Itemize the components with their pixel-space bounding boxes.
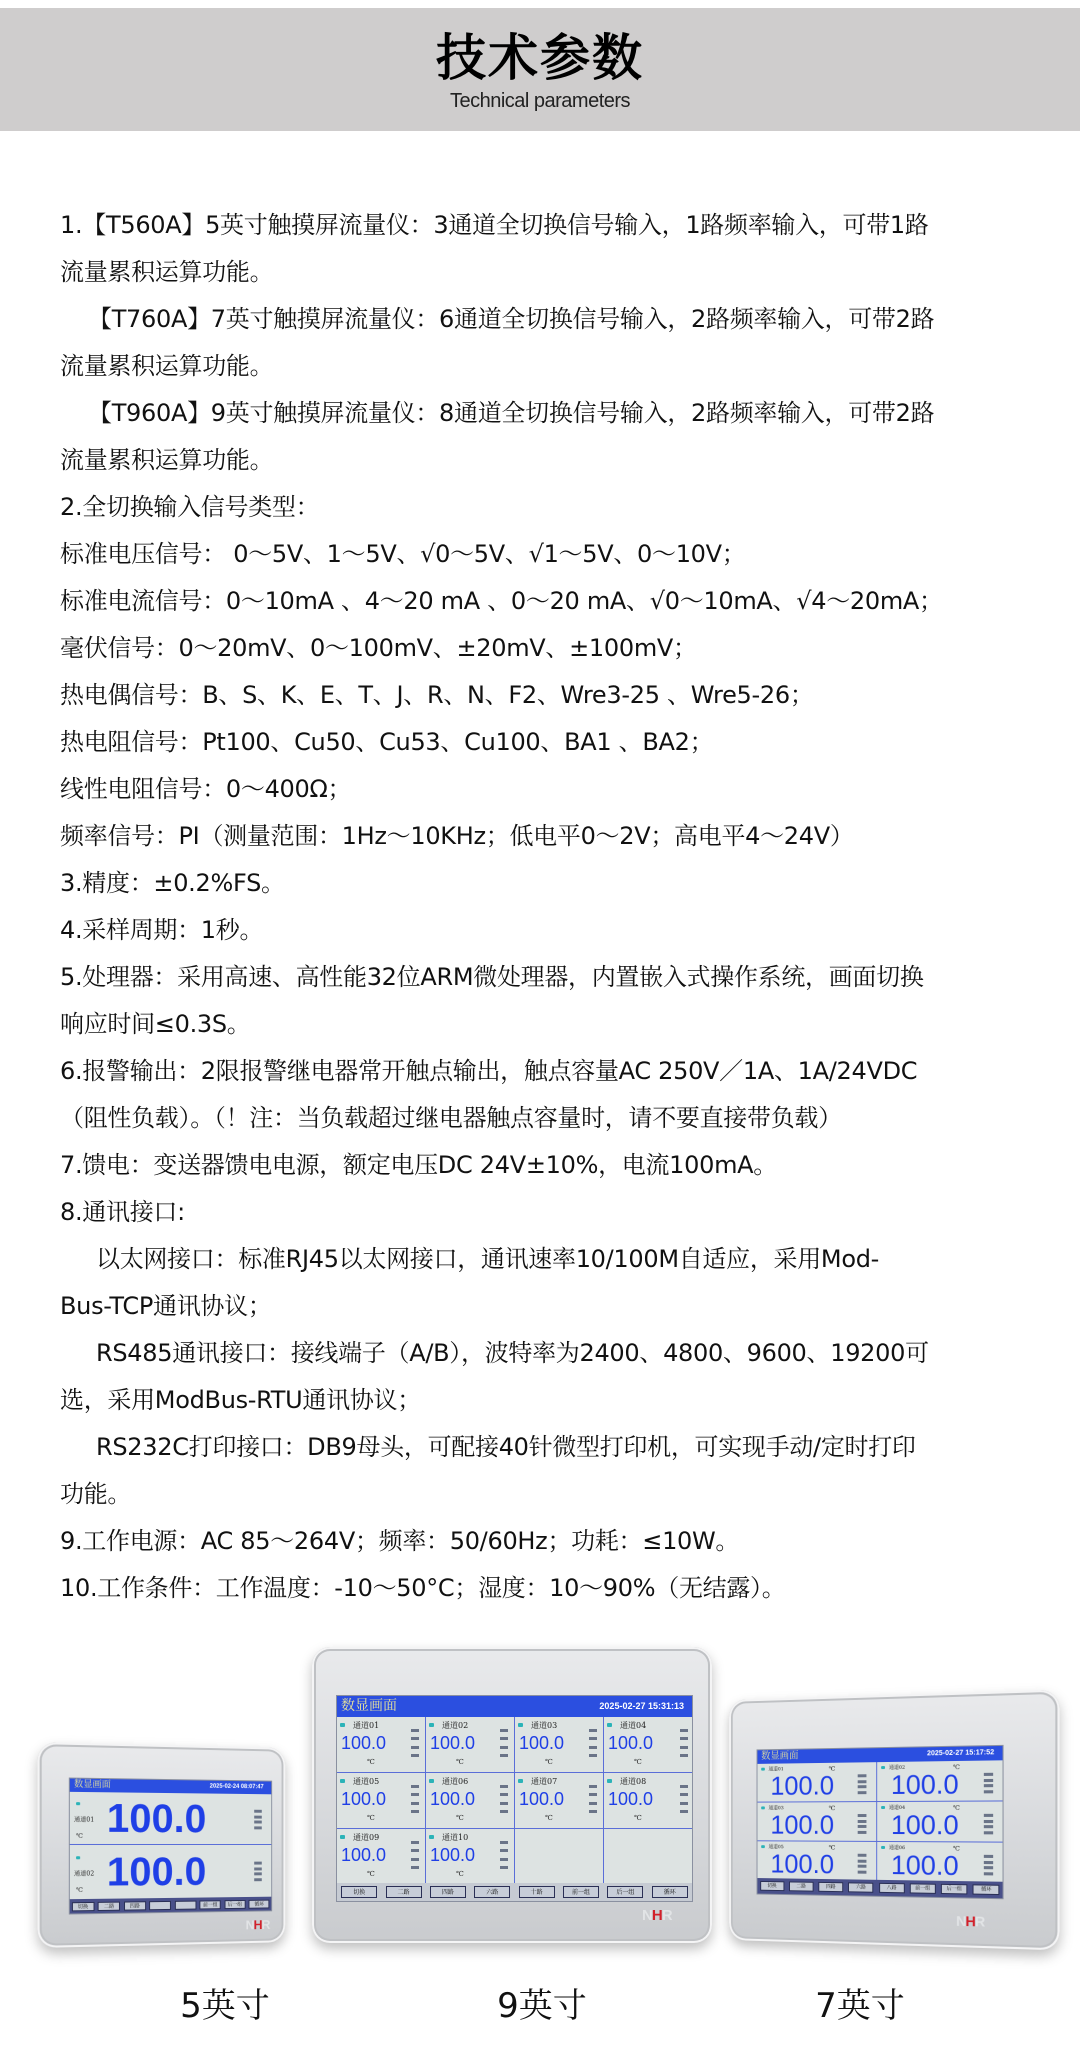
channel-unit: ℃ <box>545 1758 553 1766</box>
bar-indicator-icon <box>254 1862 262 1882</box>
bar-indicator-icon <box>589 1785 597 1813</box>
channel-cell: 通道05 100.0 ℃ <box>337 1773 426 1829</box>
channel-badge <box>429 1835 434 1839</box>
spec-line: 10.工作条件：工作温度：-10～50°C；湿度：10～90%（无结露）。 <box>60 1573 1040 1603</box>
empty-cell <box>604 1829 693 1885</box>
screen-button[interactable]: 循环 <box>652 1886 688 1898</box>
spec-line: 2.全切换输入信号类型： <box>60 492 1040 522</box>
spec-line: 1.【T560A】5英寸触摸屏流量仪：3通道全切换信号输入，1路频率输入，可带1… <box>60 210 1040 240</box>
channel-cell: 通道05 ℃ 100.0 <box>757 1841 877 1882</box>
screen-button[interactable]: 切换 <box>760 1881 784 1891</box>
brand-logo: NHR <box>246 1917 270 1932</box>
screen-button[interactable]: 前一组 <box>200 1900 221 1909</box>
channel-name: 通道09 <box>353 1832 379 1843</box>
channel-unit: ℃ <box>634 1758 642 1766</box>
channel-value: 100.0 <box>341 1845 386 1866</box>
spec-line: 【T760A】7英寸触摸屏流量仪：6通道全切换信号输入，2路频率输入，可带2路 <box>60 304 1040 334</box>
channel-value: 100.0 <box>891 1850 959 1881</box>
screen-button[interactable]: 六路 <box>848 1882 873 1892</box>
spec-line: 频率信号：PI（测量范围：1Hz～10KHz；低电平0～2V；高电平4～24V） <box>60 821 1040 851</box>
channel-value: 100.0 <box>341 1733 386 1754</box>
channel-cell: 通道01 ℃ 100.0 <box>757 1762 877 1802</box>
bar-indicator-icon <box>500 1729 508 1757</box>
channel-name: 通道04 <box>620 1720 646 1731</box>
channel-badge <box>881 1766 885 1769</box>
spec-line: 9.工作电源：AC 85～264V；频率：50/60Hz；功耗：≤10W。 <box>60 1526 1040 1556</box>
channel-cell: 通道04 ℃ 100.0 <box>877 1801 1003 1842</box>
channel-name: 通道03 <box>531 1720 557 1731</box>
spec-line: 4.采样周期：1秒。 <box>60 915 1040 945</box>
spec-line: 热电偶信号：B、S、K、E、T、J、R、N、F2、Wre3-25 、Wre5-2… <box>60 680 1040 710</box>
channel-name: 通道01 <box>353 1720 379 1731</box>
channel-badge <box>607 1723 612 1727</box>
screen-button[interactable]: 前一组 <box>910 1883 936 1894</box>
channel-cell: 通道06 100.0 ℃ <box>426 1773 515 1829</box>
screen-button[interactable]: 二路 <box>386 1886 422 1898</box>
screen-button[interactable]: 四路 <box>430 1886 466 1898</box>
channel-cell: 通道02 ℃ 100.0 <box>877 1760 1003 1802</box>
screen-timestamp: 2025-02-24 08:07:47 <box>210 1781 264 1795</box>
channel-name: 通道07 <box>531 1776 557 1787</box>
screen-button[interactable] <box>149 1900 171 1909</box>
channel-unit: ℃ <box>456 1758 464 1766</box>
channel-badge <box>76 1856 80 1859</box>
screen-button[interactable]: 六路 <box>474 1886 510 1898</box>
channel-cell: 通道01 100.0 ℃ <box>337 1717 426 1773</box>
screen-button[interactable]: 切换 <box>341 1886 377 1898</box>
channel-unit: ℃ <box>545 1814 553 1822</box>
screen-button[interactable] <box>175 1900 197 1909</box>
spec-line: RS485通讯接口：接线端子（A/B），波特率为2400、4800、9600、1… <box>60 1338 1040 1368</box>
channel-unit: ℃ <box>367 1758 375 1766</box>
channel-name: 通道05 <box>353 1776 379 1787</box>
screen-timestamp: 2025-02-27 15:31:13 <box>599 1696 684 1717</box>
channel-value: 100.0 <box>770 1771 834 1801</box>
spec-line: 5.处理器：采用高速、高性能32位ARM微处理器，内置嵌入式操作系统，画面切换 <box>60 962 1040 992</box>
channel-unit: ℃ <box>76 1887 83 1894</box>
spec-line: 8.通讯接口: <box>60 1197 1040 1227</box>
spec-line: 功能。 <box>60 1479 1040 1509</box>
screen-button[interactable]: 十路 <box>519 1886 555 1898</box>
spec-line: 选，采用ModBus-RTU通讯协议； <box>60 1385 1040 1415</box>
channel-cell: 通道03 ℃ 100.0 <box>757 1802 877 1842</box>
channel-badge <box>76 1802 80 1805</box>
channel-badge <box>340 1723 345 1727</box>
bar-indicator-icon <box>858 1814 867 1834</box>
bar-indicator-icon <box>858 1854 867 1874</box>
screen-button[interactable]: 切换 <box>72 1901 95 1910</box>
bar-indicator-icon <box>858 1774 867 1794</box>
spec-line: 线性电阻信号：0～400Ω； <box>60 774 1040 804</box>
channel-badge <box>429 1779 434 1783</box>
device-screen: 数显画面 2025-02-27 15:17:52 通道01 ℃ 100.0 通道… <box>757 1745 1004 1899</box>
channel-value: 100.0 <box>341 1789 386 1810</box>
channel-cell: 通道04 100.0 ℃ <box>604 1717 693 1773</box>
screen-button-row: 切换 二路 四路 六路 八路 前一组 后一组 循环 <box>757 1878 1002 1898</box>
screen-timestamp: 2025-02-27 15:17:52 <box>927 1746 994 1761</box>
caption-7-inch: 7英寸 <box>780 1978 940 2027</box>
channel-name: 通道06 <box>442 1776 468 1787</box>
page-title: 技术参数 <box>0 30 1080 86</box>
screen-button[interactable]: 四路 <box>124 1901 146 1910</box>
spec-line: 6.报警输出：2限报警继电器常开触点输出，触点容量AC 250V／1A、1A/2… <box>60 1056 1040 1086</box>
screen-button-row: 切换 二路 四路 前一组 后一组 循环 <box>70 1897 271 1914</box>
screen-button[interactable]: 后一组 <box>224 1899 245 1908</box>
channel-badge <box>340 1835 345 1839</box>
bar-indicator-icon <box>680 1729 688 1757</box>
channel-name: 通道08 <box>620 1776 646 1787</box>
channel-badge <box>518 1779 523 1783</box>
screen-button[interactable]: 循环 <box>249 1899 270 1908</box>
channel-unit: ℃ <box>456 1870 464 1878</box>
channel-value: 100.0 <box>608 1789 653 1810</box>
bar-indicator-icon <box>500 1785 508 1813</box>
channel-cell: 通道02 ℃ 100.0 <box>70 1846 272 1899</box>
spec-line: 【T960A】9英寸触摸屏流量仪：8通道全切换信号输入，2路频率输入，可带2路 <box>60 398 1040 428</box>
channel-value: 100.0 <box>891 1810 959 1841</box>
header-band: 技术参数 Technical parameters <box>0 8 1080 131</box>
device-screen: 数显画面 2025-02-24 08:07:47 通道01 ℃ 100.0 通道… <box>69 1778 272 1915</box>
channel-value: 100.0 <box>608 1733 653 1754</box>
bar-indicator-icon <box>984 1773 993 1794</box>
channel-name: 通道01 <box>74 1814 94 1823</box>
channel-name: 通道10 <box>442 1832 468 1843</box>
bar-indicator-icon <box>254 1810 262 1830</box>
channel-unit: ℃ <box>456 1814 464 1822</box>
spec-line: 毫伏信号：0～20mV、0～100mV、±20mV、±100mV； <box>60 633 1040 663</box>
channel-unit: ℃ <box>634 1814 642 1822</box>
bar-indicator-icon <box>984 1814 993 1835</box>
channel-unit: ℃ <box>367 1870 375 1878</box>
channel-badge <box>881 1846 885 1849</box>
spec-line: 热电阻信号：Pt100、Cu50、Cu53、Cu100、BA1 、BA2； <box>60 727 1040 757</box>
channel-cell: 通道01 ℃ 100.0 <box>70 1792 272 1845</box>
channel-value: 100.0 <box>430 1845 475 1866</box>
spec-line: Bus-TCP通讯协议； <box>60 1291 1040 1321</box>
bar-indicator-icon <box>411 1785 419 1813</box>
bar-indicator-icon <box>411 1841 419 1869</box>
channel-name: 通道02 <box>442 1720 468 1731</box>
spec-line: 标准电流信号：0～10mA 、4～20 mA 、0～20 mA、√0～10mA、… <box>60 586 1040 616</box>
channel-cell: 通道06 ℃ 100.0 <box>877 1842 1003 1884</box>
spec-line: 响应时间≤0.3S。 <box>60 1009 1040 1039</box>
spec-line: （阻性负载）。（！注：当负载超过继电器触点容量时，请不要直接带负载） <box>60 1103 1040 1133</box>
channel-name: 通道02 <box>74 1868 94 1877</box>
channel-badge <box>607 1779 612 1783</box>
screen-button-row: 切换 二路 四路 六路 十路 前一组 后一组 循环 <box>337 1883 692 1901</box>
channel-value: 100.0 <box>519 1789 564 1810</box>
channel-value: 100.0 <box>107 1852 207 1893</box>
caption-5-inch: 5英寸 <box>145 1978 305 2027</box>
brand-logo: NHR <box>956 1913 984 1930</box>
channel-value: 100.0 <box>430 1733 475 1754</box>
channel-badge <box>340 1779 345 1783</box>
channel-badge <box>761 1768 765 1771</box>
page-subtitle: Technical parameters <box>0 90 1080 113</box>
spec-line: 以太网接口：标准RJ45以太网接口，通讯速率10/100M自适应，采用Mod- <box>60 1244 1040 1274</box>
device-7-inch: 数显画面 2025-02-27 15:17:52 通道01 ℃ 100.0 通道… <box>729 1690 1059 1951</box>
screen-button[interactable]: 后一组 <box>607 1886 643 1898</box>
channel-cell: 通道09 100.0 ℃ <box>337 1829 426 1885</box>
spec-line: 流量累积运算功能。 <box>60 445 1040 475</box>
spec-line: RS232C打印接口：DB9母头，可配接40针微型打印机，可实现手动/定时打印 <box>60 1432 1040 1462</box>
spec-line: 流量累积运算功能。 <box>60 257 1040 287</box>
device-screen: 数显画面 2025-02-27 15:31:13 通道01 100.0 ℃ 通道… <box>336 1695 693 1902</box>
channel-badge <box>429 1723 434 1727</box>
channel-value: 100.0 <box>891 1769 959 1800</box>
caption-9-inch: 9英寸 <box>462 1978 622 2027</box>
screen-button[interactable]: 二路 <box>98 1901 120 1910</box>
screen-button[interactable]: 四路 <box>818 1882 843 1892</box>
channel-unit: ℃ <box>367 1814 375 1822</box>
bar-indicator-icon <box>500 1841 508 1869</box>
empty-cell <box>515 1829 604 1885</box>
channel-value: 100.0 <box>519 1733 564 1754</box>
screen-button[interactable]: 八路 <box>879 1883 905 1893</box>
channel-cell: 通道07 100.0 ℃ <box>515 1773 604 1829</box>
device-5-inch: 数显画面 2025-02-24 08:07:47 通道01 ℃ 100.0 通道… <box>38 1742 286 1948</box>
spec-line: 流量累积运算功能。 <box>60 351 1040 381</box>
device-9-inch: 数显画面 2025-02-27 15:31:13 通道01 100.0 ℃ 通道… <box>312 1647 712 1943</box>
channel-cell: 通道03 100.0 ℃ <box>515 1717 604 1773</box>
spec-line: 3.精度：±0.2%FS。 <box>60 868 1040 898</box>
bar-indicator-icon <box>589 1729 597 1757</box>
spec-line: 标准电压信号： 0～5V、1～5V、√0～5V、√1～5V、0～10V； <box>60 539 1040 569</box>
channel-value: 100.0 <box>430 1789 475 1810</box>
channel-badge <box>518 1723 523 1727</box>
channel-value: 100.0 <box>770 1810 834 1840</box>
channel-badge <box>761 1806 765 1809</box>
channel-cell: 通道08 100.0 ℃ <box>604 1773 693 1829</box>
spec-line: 7.馈电：变送器馈电电源，额定电压DC 24V±10%，电流100mA。 <box>60 1150 1040 1180</box>
screen-button[interactable]: 二路 <box>789 1881 814 1891</box>
bar-indicator-icon <box>680 1785 688 1813</box>
bar-indicator-icon <box>411 1729 419 1757</box>
screen-button[interactable]: 循环 <box>973 1884 1000 1895</box>
channel-value: 100.0 <box>107 1798 207 1839</box>
channel-value: 100.0 <box>770 1849 834 1879</box>
channel-cell: 通道02 100.0 ℃ <box>426 1717 515 1773</box>
screen-button[interactable]: 前一组 <box>563 1886 599 1898</box>
channel-badge <box>761 1845 765 1848</box>
brand-logo: NHR <box>642 1907 672 1924</box>
channel-cell: 通道10 100.0 ℃ <box>426 1829 515 1885</box>
channel-unit: ℃ <box>76 1833 83 1840</box>
screen-button[interactable]: 后一组 <box>941 1884 967 1895</box>
bar-indicator-icon <box>984 1855 993 1876</box>
channel-badge <box>881 1806 885 1809</box>
